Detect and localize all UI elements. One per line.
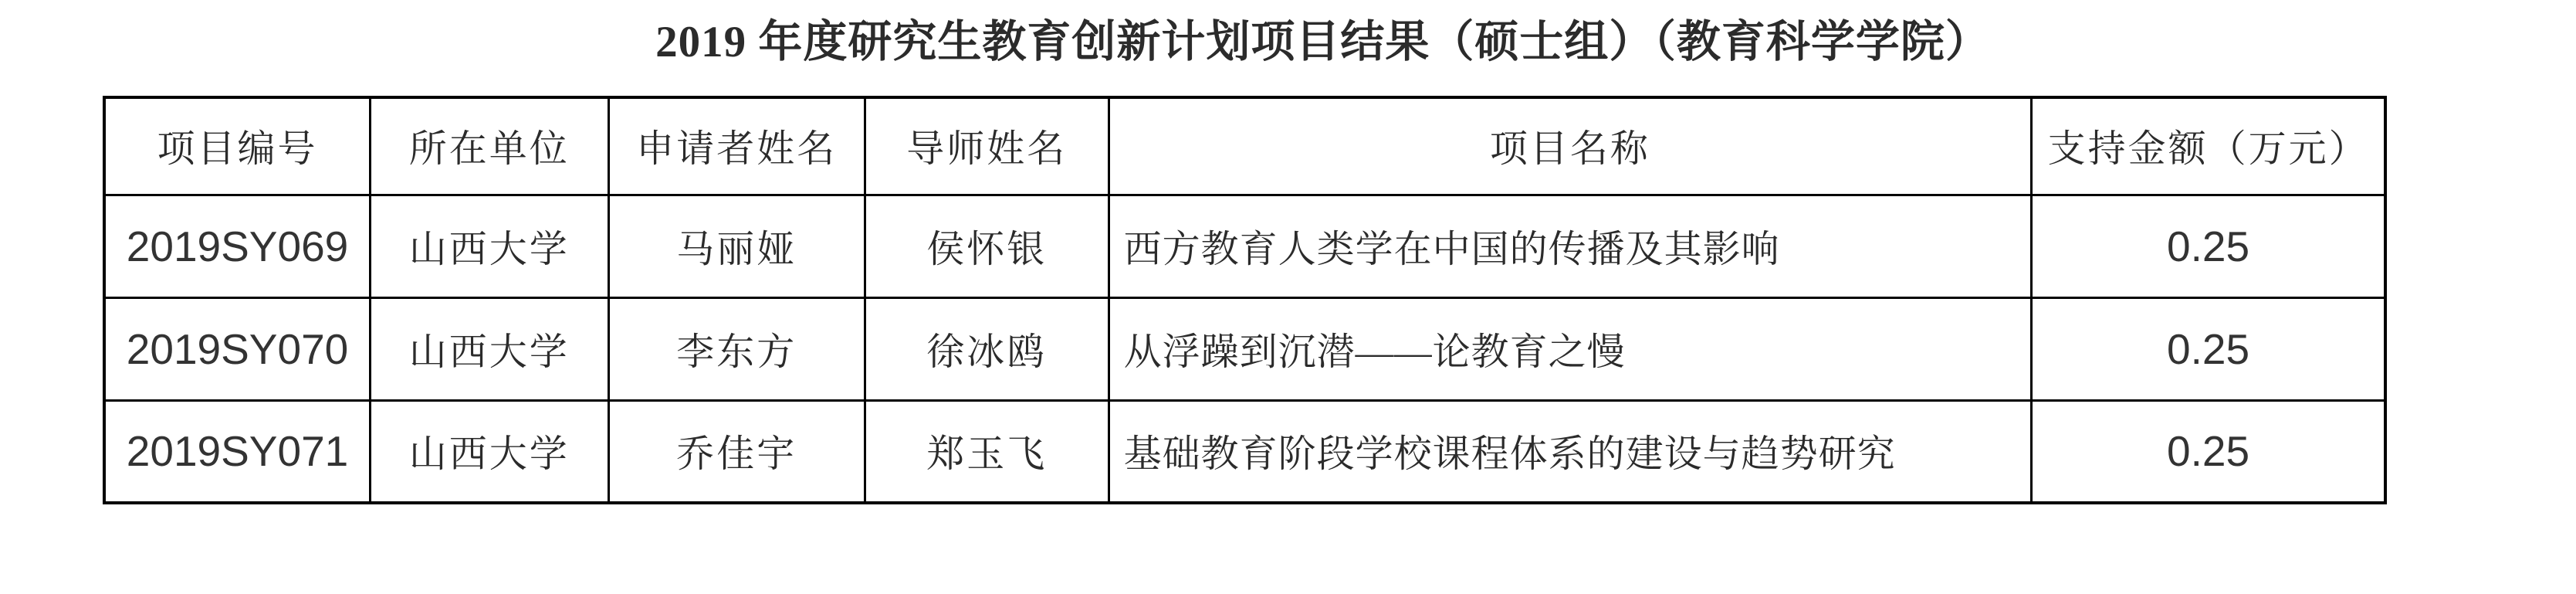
cell-advisor: 郑玉飞 <box>865 400 1109 503</box>
column-header-applicant: 申请者姓名 <box>608 97 865 195</box>
cell-unit: 山西大学 <box>371 297 609 400</box>
column-header-project-id: 项目编号 <box>104 97 371 195</box>
cell-amount: 0.25 <box>2032 195 2385 297</box>
cell-advisor: 徐冰鸥 <box>865 297 1109 400</box>
cell-applicant: 李东方 <box>608 297 865 400</box>
projects-table: 项目编号 所在单位 申请者姓名 导师姓名 项目名称 支持金额（万元） 2019S… <box>103 96 2387 504</box>
cell-project-id: 2019SY071 <box>104 400 371 503</box>
cell-applicant: 乔佳宇 <box>608 400 865 503</box>
table-row: 2019SY071 山西大学 乔佳宇 郑玉飞 基础教育阶段学校课程体系的建设与趋… <box>104 400 2385 503</box>
cell-project-id: 2019SY070 <box>104 297 371 400</box>
cell-applicant: 马丽娅 <box>608 195 865 297</box>
column-header-project-name: 项目名称 <box>1109 97 2032 195</box>
column-header-advisor: 导师姓名 <box>865 97 1109 195</box>
cell-amount: 0.25 <box>2032 400 2385 503</box>
column-header-unit: 所在单位 <box>371 97 609 195</box>
cell-project-id: 2019SY069 <box>104 195 371 297</box>
table-header-row: 项目编号 所在单位 申请者姓名 导师姓名 项目名称 支持金额（万元） <box>104 97 2385 195</box>
table-row: 2019SY069 山西大学 马丽娅 侯怀银 西方教育人类学在中国的传播及其影响… <box>104 195 2385 297</box>
document-title: 2019 年度研究生教育创新计划项目结果（硕士组）（教育科学学院） <box>0 17 2576 68</box>
column-header-amount: 支持金额（万元） <box>2032 97 2385 195</box>
cell-amount: 0.25 <box>2032 297 2385 400</box>
cell-project-name: 从浮躁到沉潜——论教育之慢 <box>1109 297 2032 400</box>
cell-unit: 山西大学 <box>371 400 609 503</box>
cell-advisor: 侯怀银 <box>865 195 1109 297</box>
cell-project-name: 西方教育人类学在中国的传播及其影响 <box>1109 195 2032 297</box>
cell-project-name: 基础教育阶段学校课程体系的建设与趋势研究 <box>1109 400 2032 503</box>
table-row: 2019SY070 山西大学 李东方 徐冰鸥 从浮躁到沉潜——论教育之慢 0.2… <box>104 297 2385 400</box>
cell-unit: 山西大学 <box>371 195 609 297</box>
